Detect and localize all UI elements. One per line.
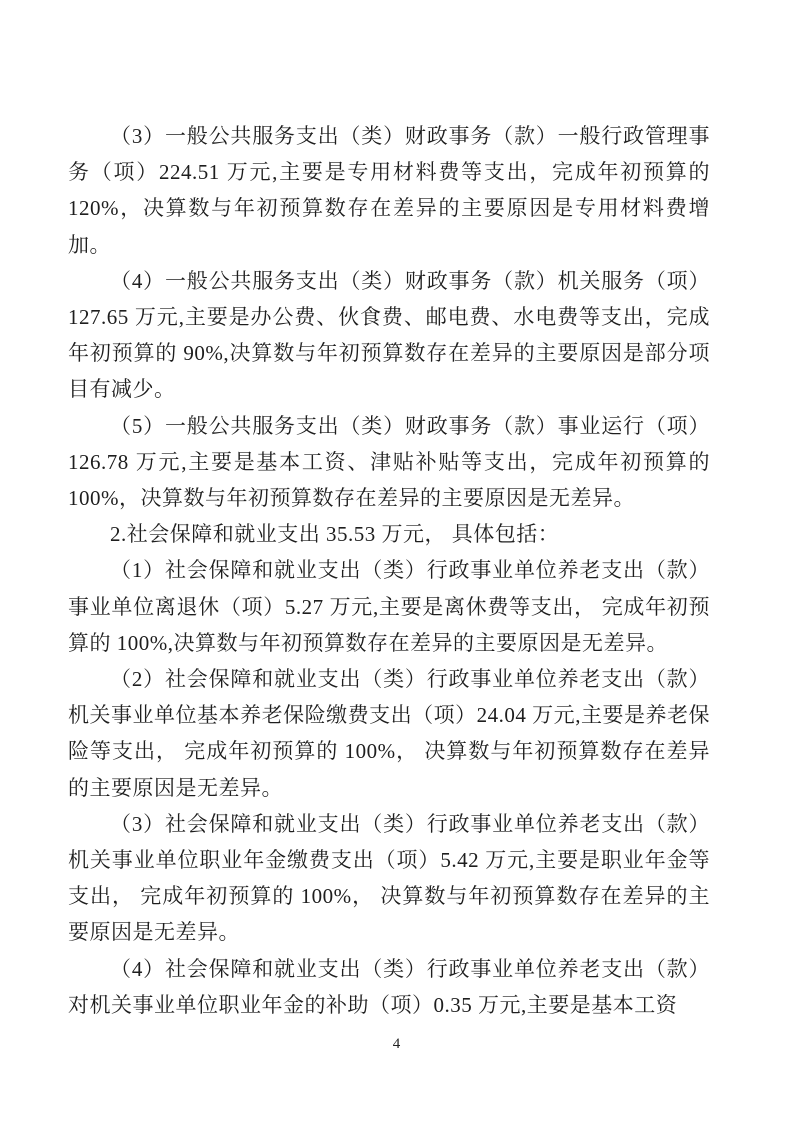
paragraph-expenditure-item-4: （4）一般公共服务支出（类）财政事务（款）机关服务（项）127.65 万元,主要…: [68, 263, 710, 408]
paragraph-social-security-item-1: （1）社会保障和就业支出（类）行政事业单位养老支出（款）事业单位离退休（项）5.…: [68, 552, 710, 661]
paragraph-social-security-summary: 2.社会保障和就业支出 35.53 万元， 具体包括：: [68, 516, 710, 552]
paragraph-social-security-item-4: （4）社会保障和就业支出（类）行政事业单位养老支出（款）对机关事业单位职业年金的…: [68, 951, 710, 1023]
paragraph-social-security-item-3: （3）社会保障和就业支出（类）行政事业单位养老支出（款）机关事业单位职业年金缴费…: [68, 806, 710, 951]
document-body-text: （3）一般公共服务支出（类）财政事务（款）一般行政管理事务（项）224.51 万…: [68, 118, 710, 1023]
paragraph-social-security-item-2: （2）社会保障和就业支出（类）行政事业单位养老支出（款）机关事业单位基本养老保险…: [68, 661, 710, 806]
paragraph-expenditure-item-3: （3）一般公共服务支出（类）财政事务（款）一般行政管理事务（项）224.51 万…: [68, 118, 710, 263]
document-page: （3）一般公共服务支出（类）财政事务（款）一般行政管理事务（项）224.51 万…: [0, 0, 793, 1122]
page-number: 4: [0, 1036, 793, 1053]
paragraph-expenditure-item-5: （5）一般公共服务支出（类）财政事务（款）事业运行（项）126.78 万元,主要…: [68, 408, 710, 517]
